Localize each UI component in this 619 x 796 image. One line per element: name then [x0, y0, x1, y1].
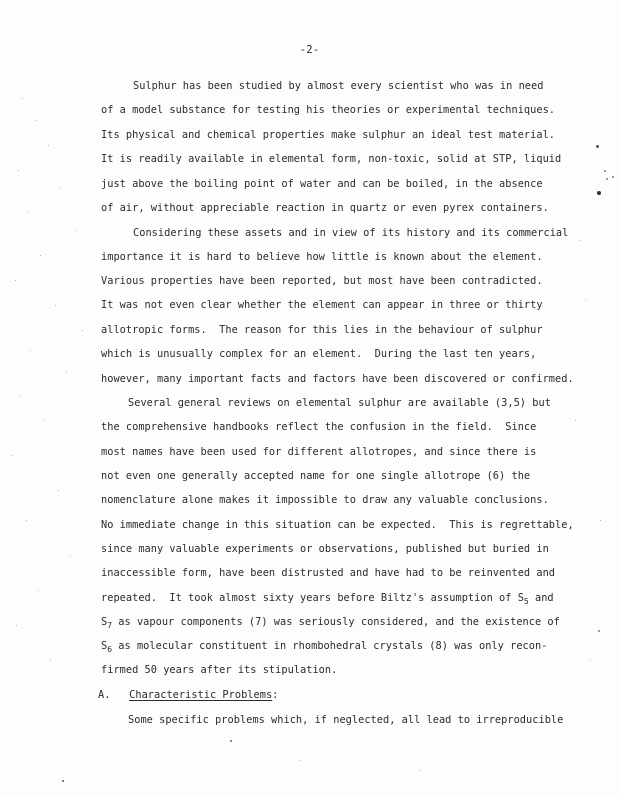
section-paragraph-line-1: Some specific problems which, if neglect…: [128, 713, 563, 727]
paragraph-1-line-6: of air, without appreciable reaction in …: [101, 201, 549, 215]
paragraph-3-line-1: Several general reviews on elemental sul…: [128, 396, 551, 410]
paragraph-1-line-2: of a model substance for testing his the…: [101, 103, 555, 117]
section-title: Characteristic Problems: [129, 689, 272, 701]
paragraph-1-line-1: Sulphur has been studied by almost every…: [133, 79, 543, 93]
section-label: A.: [98, 689, 110, 701]
paragraph-3-line-8: inaccessible form, have been distrusted …: [101, 566, 555, 580]
paragraph-2-line-6: which is unusually complex for an elemen…: [101, 347, 536, 361]
paragraph-3-line-4: not even one generally accepted name for…: [101, 469, 530, 483]
line-text: repeated. It took almost sixty years bef…: [101, 592, 524, 604]
paragraph-3-line-5: nomenclature alone makes it impossible t…: [101, 493, 549, 507]
document-page: -2- Sulphur has been studied by almost e…: [0, 0, 619, 796]
paragraph-3-line-3: most names have been used for different …: [101, 445, 536, 459]
paragraph-1-line-5: just above the boiling point of water an…: [101, 177, 543, 191]
paragraph-2-line-3: Various properties have been reported, b…: [101, 274, 543, 288]
paragraph-3-line-6: No immediate change in this situation ca…: [101, 518, 574, 532]
page-number: -2-: [0, 44, 619, 56]
paragraph-1-line-4: It is readily available in elemental for…: [101, 152, 561, 166]
paragraph-2-line-2: importance it is hard to believe how lit…: [101, 250, 543, 264]
section-heading: A. Characteristic Problems:: [98, 688, 278, 702]
paragraph-3-line-2: the comprehensive handbooks reflect the …: [101, 420, 536, 434]
line-text: and: [529, 592, 554, 604]
paragraph-2-line-7: however, many important facts and factor…: [101, 372, 574, 386]
line-text: as vapour components (7) was seriously c…: [112, 616, 560, 628]
paragraph-3-line-12: firmed 50 years after its stipulation.: [101, 663, 337, 677]
paragraph-3-line-7: since many valuable experiments or obser…: [101, 542, 549, 556]
paragraph-1-line-3: Its physical and chemical properties mak…: [101, 128, 555, 142]
paragraph-2-line-1: Considering these assets and in view of …: [133, 226, 568, 240]
section-title-suffix: :: [272, 689, 278, 701]
paragraph-3-line-10: S7 as vapour components (7) was seriousl…: [101, 615, 560, 629]
paragraph-2-line-5: allotropic forms. The reason for this li…: [101, 323, 543, 337]
line-text: as molecular constituent in rhombohedral…: [112, 640, 547, 652]
paragraph-2-line-4: It was not even clear whether the elemen…: [101, 298, 543, 312]
paragraph-3-line-9: repeated. It took almost sixty years bef…: [101, 591, 554, 605]
paragraph-3-line-11: S6 as molecular constituent in rhombohed…: [101, 639, 547, 653]
